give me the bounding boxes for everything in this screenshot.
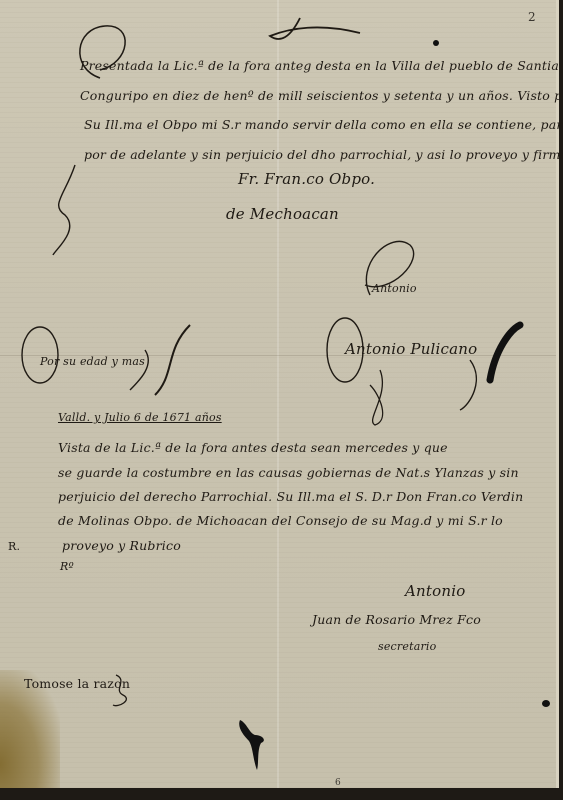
text-line: por de adelante y sin perjuicio del dho … [84, 147, 563, 162]
bishop-signature-line-2: de Mechoacan [226, 205, 339, 223]
rubric-icon [108, 670, 138, 710]
margin-flourish-icon [45, 155, 85, 265]
signature-antonio: Antonio [372, 282, 417, 295]
secretary-signature-name: Juan de Rosario Mrez Fco [312, 612, 481, 627]
text-line: Presentada la Lic.ª de la fora anteg des… [80, 58, 563, 73]
text-line: se guarde la costumbre en las causas gob… [58, 465, 519, 480]
opening-flourish-icon [60, 8, 380, 98]
secretary-signature-antonio: Antonio [405, 582, 465, 600]
ink-blot-icon [235, 715, 275, 775]
text-line: perjuicio del derecho Parrochial. Su Ill… [58, 489, 523, 504]
left-note: Por su edad y mas [40, 355, 145, 368]
bottom-number: 6 [335, 778, 341, 788]
folio-number: 2 [528, 10, 536, 24]
text-line: Conguripo en diez de henº de mill seisci… [80, 88, 563, 103]
date-line: Valld. y Julio 6 de 1671 años [58, 411, 222, 424]
text-line: Su Ill.ma el Obpo mi S.r mando servir de… [84, 117, 563, 132]
margin-mark: R. [8, 540, 20, 553]
ink-dot [433, 40, 439, 46]
bishop-signature-line-1: Fr. Fran.co Obpo. [238, 170, 375, 188]
small-rubric: Rº [60, 560, 74, 573]
text-line: Vista de la Lic.ª de la fora antes desta… [58, 440, 448, 455]
secretary-title: secretario [378, 640, 436, 653]
text-line: proveyo y Rubrico [62, 538, 181, 553]
manuscript-page: 2 Presentada la Lic.ª de la fora anteg d… [0, 0, 559, 788]
signature-pulicano: Antonio Pulicano [345, 340, 477, 358]
signature-flourish-icon [320, 310, 540, 430]
text-line: de Molinas Obpo. de Michoacan del Consej… [58, 513, 503, 528]
ink-dot [542, 700, 550, 707]
